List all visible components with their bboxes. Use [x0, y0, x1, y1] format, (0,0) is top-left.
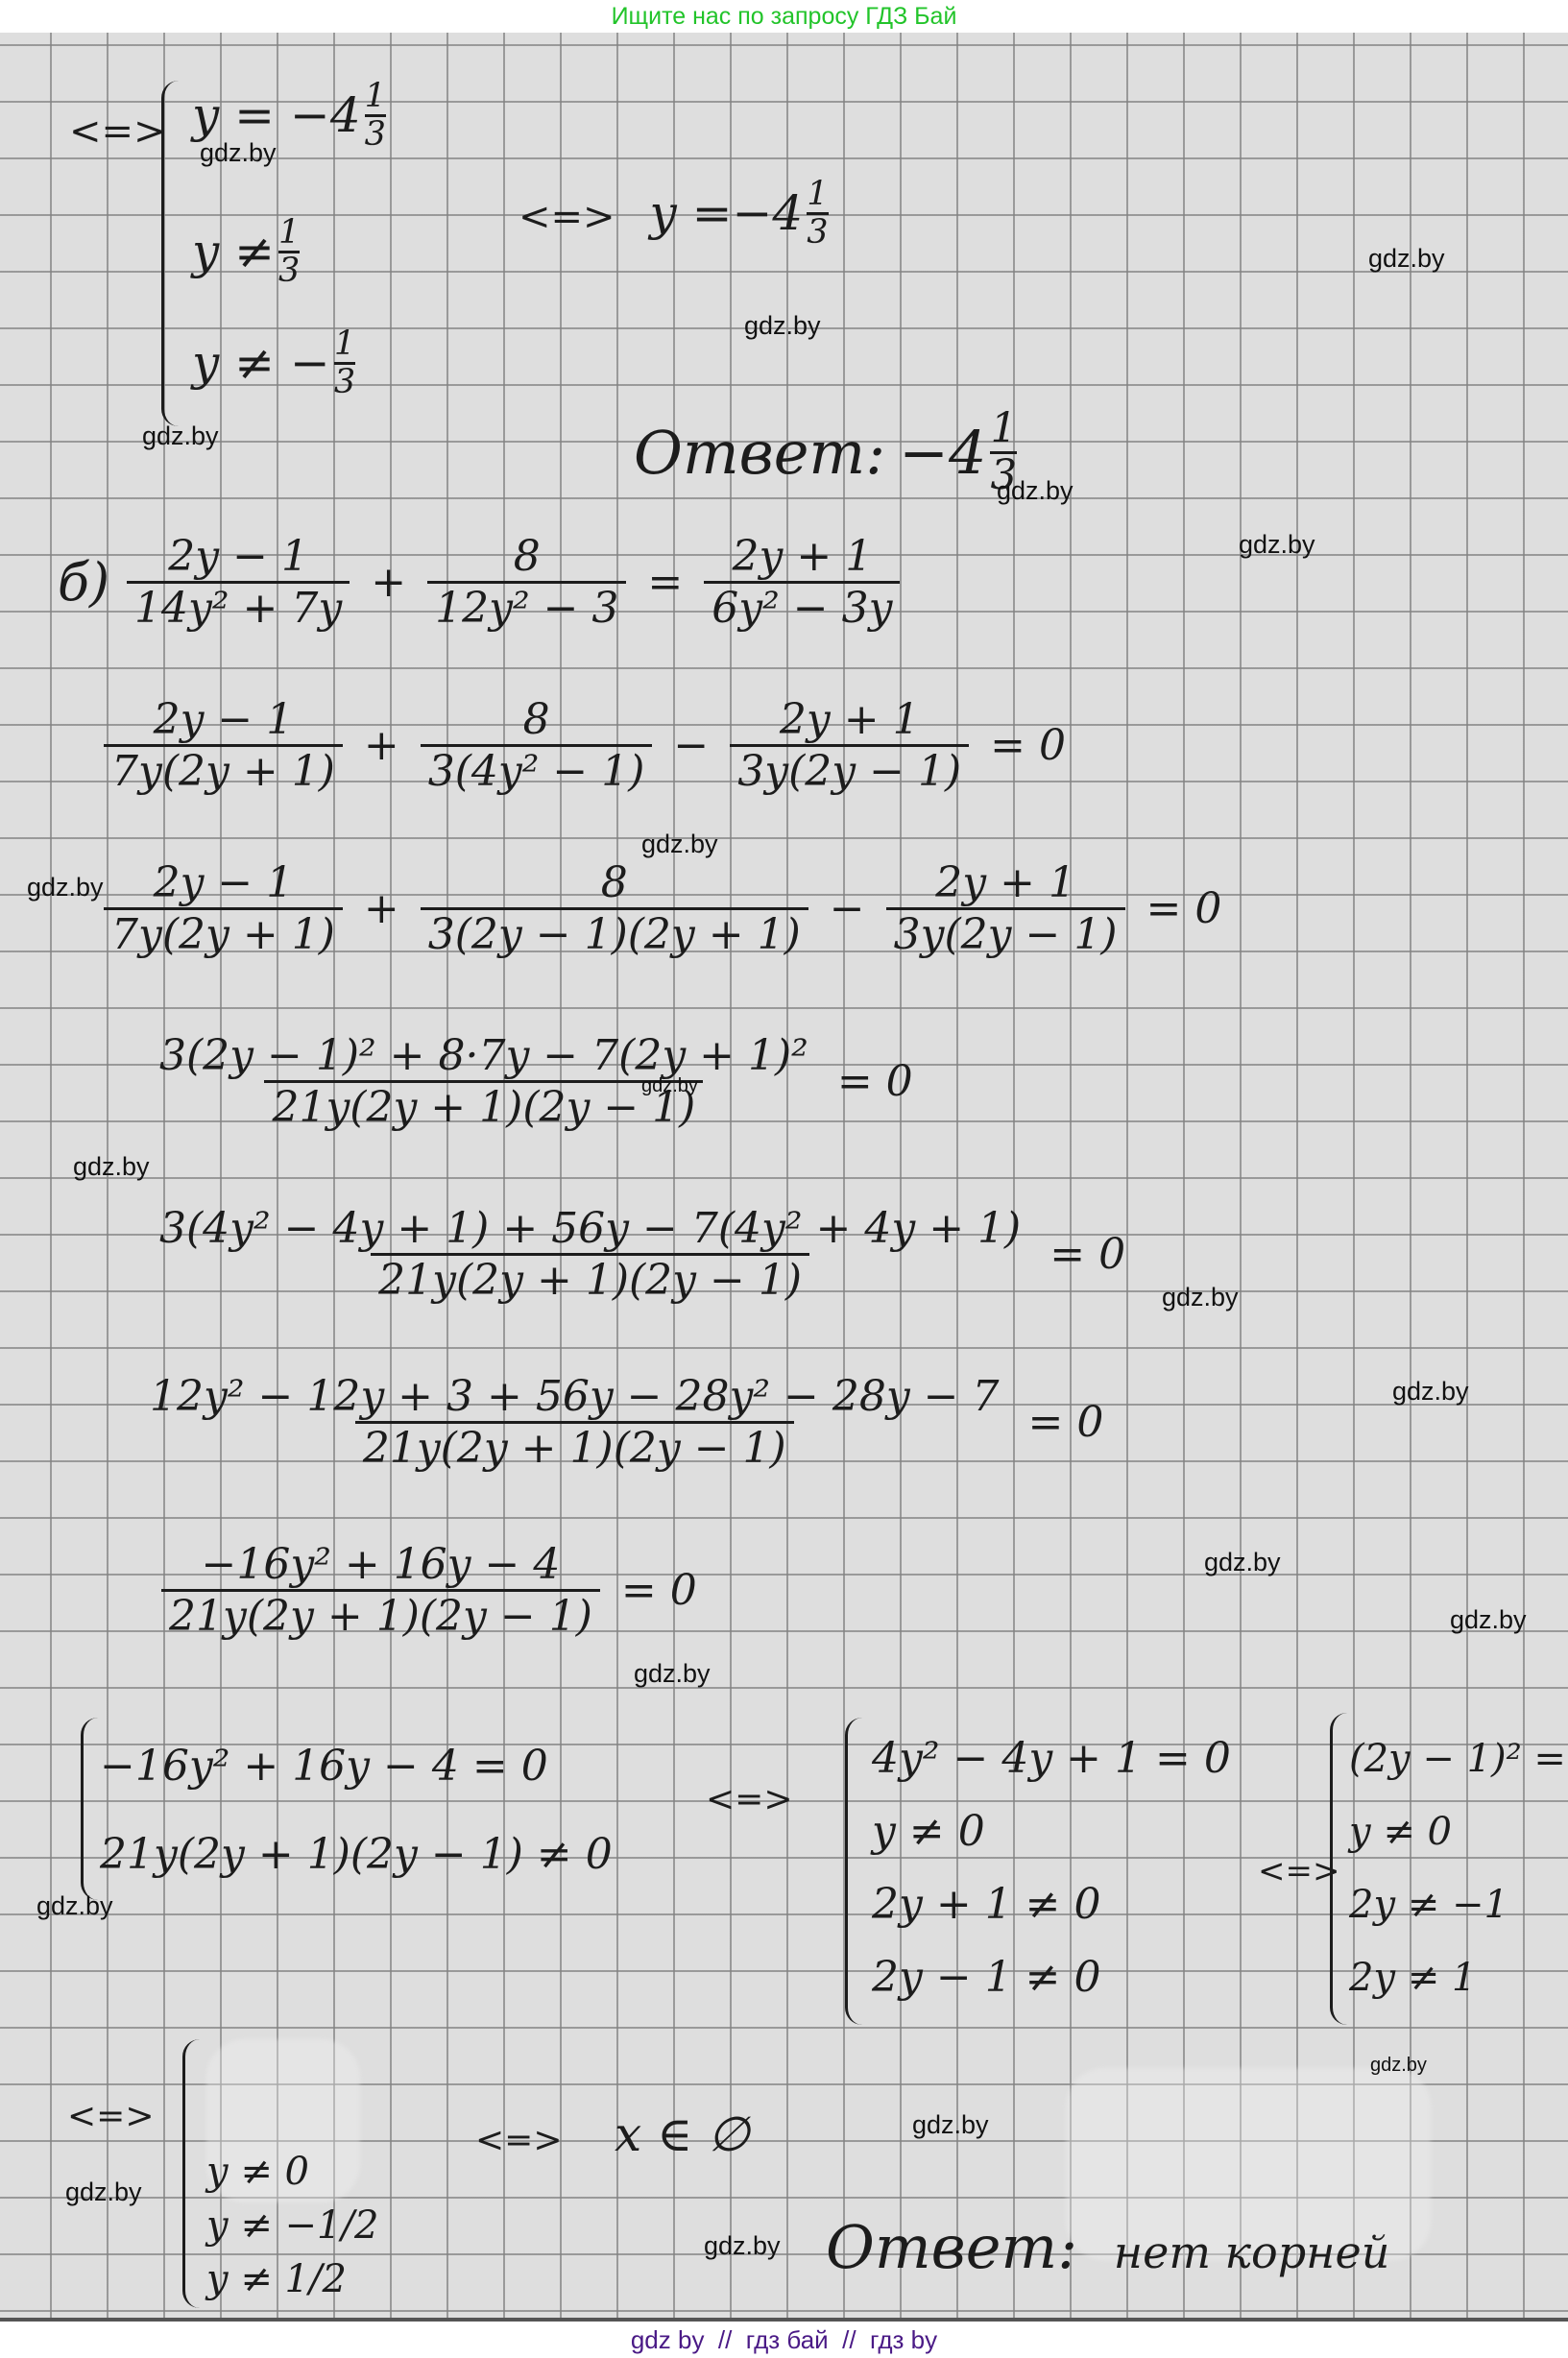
fraction-numerator: 2y + 1	[772, 695, 928, 744]
fraction-denominator: 14y² + 7y	[127, 581, 350, 633]
system-brace	[81, 1718, 99, 1900]
system-brace	[1330, 1713, 1348, 2025]
watermark: gdz.by	[73, 1152, 150, 1182]
operator: −	[673, 721, 709, 770]
watermark: gdz.by	[1392, 1377, 1469, 1407]
fraction-numerator: 2y + 1	[928, 858, 1083, 907]
equiv-arrow: <=>	[475, 2121, 563, 2160]
fraction-numerator: 3(2y − 1)² + 8·7y − 7(2y + 1)²	[152, 1031, 816, 1080]
fraction-denominator: 21y(2y + 1)(2y − 1)	[161, 1589, 600, 1641]
fraction-denominator: 7y(2y + 1)	[104, 907, 343, 959]
answer-num: 1	[990, 407, 1017, 451]
equals-zero: = 0	[1049, 1230, 1125, 1279]
operator: =	[647, 558, 683, 607]
system-1: −16y² + 16y − 4 = 0 21y(2y + 1)(2y − 1) …	[100, 1722, 613, 1899]
watermark: gdz.by	[704, 2231, 781, 2261]
watermark: gdz.by	[1204, 1548, 1281, 1577]
fraction-denominator: 21y(2y + 1)(2y − 1)	[371, 1253, 809, 1305]
system-line: 2y ≠ −1	[1349, 1868, 1568, 1941]
system-line: y ≠ 0	[872, 1795, 1231, 1868]
operator: −	[830, 884, 865, 933]
watermark: gdz.by	[1450, 1605, 1527, 1635]
watermark: gdz.by	[200, 138, 277, 168]
watermark: gdz.by	[65, 2178, 142, 2207]
fraction-numerator: 12y² − 12y + 3 + 56y − 28y² − 28y − 7	[142, 1372, 1007, 1421]
answer-label: Ответ:	[826, 2212, 1077, 2282]
watermark: gdz.by	[142, 421, 219, 451]
watermark: gdz.by	[997, 476, 1073, 506]
answer-a: Ответ:−413	[634, 407, 1017, 497]
system-3: (2y − 1)² = 0 y ≠ 0 2y ≠ −1 2y ≠ 1	[1349, 1722, 1568, 2014]
fraction-denominator: 3y(2y − 1)	[730, 744, 969, 796]
watermark: gdz.by	[1162, 1283, 1239, 1312]
equiv-arrow: <=>	[519, 195, 615, 239]
operator: +	[371, 558, 406, 607]
operator: +	[364, 884, 399, 933]
equation-line-4: 3(2y − 1)² + 8·7y − 7(2y + 1)²21y(2y + 1…	[144, 1031, 927, 1132]
equals-zero: = 0	[1146, 884, 1222, 933]
system-line: 2y − 1 ≠ 0	[872, 1941, 1231, 2014]
equation-line-5: 3(4y² − 4y + 1) + 56y − 7(4y² + 4y + 1)2…	[144, 1204, 1139, 1305]
system-line: 2y + 1 ≠ 0	[872, 1868, 1231, 1941]
watermark: gdz.by	[634, 1659, 711, 1689]
fraction-denominator: 21y(2y + 1)(2y − 1)	[355, 1421, 794, 1473]
fraction-numerator: 8	[593, 858, 636, 907]
watermark: gdz.by	[1239, 530, 1315, 560]
equals-zero: = 0	[1028, 1398, 1104, 1447]
equation-line-6: 12y² − 12y + 3 + 56y − 28y² − 28y − 721y…	[134, 1372, 1117, 1473]
fraction-denominator: 3(4y² − 1)	[421, 744, 653, 796]
conclusion: x ∈ ∅	[615, 2106, 750, 2162]
equiv-arrow: <=>	[706, 1780, 793, 1819]
equation-line-2: 2y − 17y(2y + 1) + 83(4y² − 1) − 2y + 13…	[96, 695, 1079, 796]
notebook-page: <=> y = −413 y ≠13 y ≠ −13 <=> y =−413 О…	[0, 33, 1568, 2322]
fraction-numerator: 8	[516, 695, 558, 744]
system-brace	[845, 1718, 863, 2025]
result-num: 1	[807, 177, 828, 212]
watermark: gdz.by	[641, 830, 718, 859]
system-line: y ≠13	[192, 215, 300, 289]
system-line: y ≠ −1/2	[206, 2199, 378, 2252]
equiv-arrow: <=>	[1258, 1852, 1339, 1890]
equiv-arrow: <=>	[69, 109, 166, 154]
equals-zero: = 0	[990, 721, 1066, 770]
fraction-numerator: 2y + 1	[725, 532, 880, 581]
answer-b: Ответ: нет корней	[826, 2212, 1389, 2282]
watermark: gdz.by	[36, 1891, 113, 1921]
operator: +	[364, 721, 399, 770]
fraction-numerator: 2y − 1	[160, 532, 316, 581]
answer-whole: −4	[899, 418, 986, 488]
fraction-denominator: 21y(2y + 1)(2y − 1)	[264, 1080, 703, 1132]
system-4: y ≠ 0 y ≠ −1/2 y ≠ 1/2	[206, 2145, 378, 2306]
system-line: 2y ≠ 1	[1349, 1941, 1568, 2014]
system-2: 4y² − 4y + 1 = 0 y ≠ 0 2y + 1 ≠ 0 2y − 1…	[872, 1722, 1231, 2014]
watermark: gdz.by	[1370, 2055, 1427, 2077]
equation-line-3: 2y − 17y(2y + 1) + 83(2y − 1)(2y + 1) − …	[96, 858, 1235, 959]
watermark: gdz.by	[27, 873, 104, 902]
system-line: y ≠ 1/2	[206, 2252, 378, 2306]
result-line: <=> y =−413	[519, 177, 829, 251]
fraction-denominator: 3(2y − 1)(2y + 1)	[421, 907, 808, 959]
answer-label: Ответ:	[634, 418, 885, 488]
system-line: 4y² − 4y + 1 = 0	[872, 1722, 1231, 1795]
fraction-denominator: 12y² − 3	[427, 581, 626, 633]
equals-zero: = 0	[621, 1566, 697, 1615]
answer-value: нет корней	[1114, 2226, 1390, 2278]
bottom-banner: gdz by // гдз бай // гдз by	[0, 2322, 1568, 2358]
fraction-denominator: 3y(2y − 1)	[886, 907, 1125, 959]
watermark: gdz.by	[744, 311, 821, 341]
fraction-numerator: −16y² + 16y − 4	[194, 1540, 568, 1589]
result-whole: −4	[733, 185, 804, 241]
result-lhs: y =	[649, 185, 732, 241]
system-line: (2y − 1)² = 0	[1349, 1722, 1568, 1795]
fraction-numerator: 3(4y² − 4y + 1) + 56y − 7(4y² + 4y + 1)	[152, 1204, 1028, 1253]
equation-line-7: −16y² + 16y − 421y(2y + 1)(2y − 1) = 0	[154, 1540, 711, 1641]
watermark: gdz.by	[641, 1075, 698, 1097]
system-line: −16y² + 16y − 4 = 0	[100, 1722, 613, 1811]
system-brace	[161, 81, 181, 426]
watermark: gdz.by	[912, 2110, 989, 2140]
system-brace	[182, 2039, 201, 2308]
system-line: 21y(2y + 1)(2y − 1) ≠ 0	[100, 1811, 613, 1899]
fraction-denominator: 6y² − 3y	[704, 581, 900, 633]
system-line: y ≠ 0	[1349, 1795, 1568, 1868]
watermark: gdz.by	[1368, 244, 1445, 274]
top-banner: Ищите нас по запросу ГДЗ Бай	[0, 0, 1568, 33]
equals-zero: = 0	[837, 1057, 913, 1106]
equiv-arrow: <=>	[67, 2097, 155, 2136]
system-line: y ≠ 0	[206, 2145, 378, 2199]
fraction-numerator: 2y − 1	[146, 695, 302, 744]
fraction-denominator: 7y(2y + 1)	[104, 744, 343, 796]
equation-line-1: б) 2y − 114y² + 7y + 812y² − 3 = 2y + 16…	[58, 532, 907, 633]
part-label: б)	[58, 552, 109, 613]
system-line: y ≠ −13	[192, 326, 355, 400]
fraction-numerator: 2y − 1	[146, 858, 302, 907]
fraction-numerator: 8	[506, 532, 548, 581]
result-den: 3	[807, 212, 828, 251]
